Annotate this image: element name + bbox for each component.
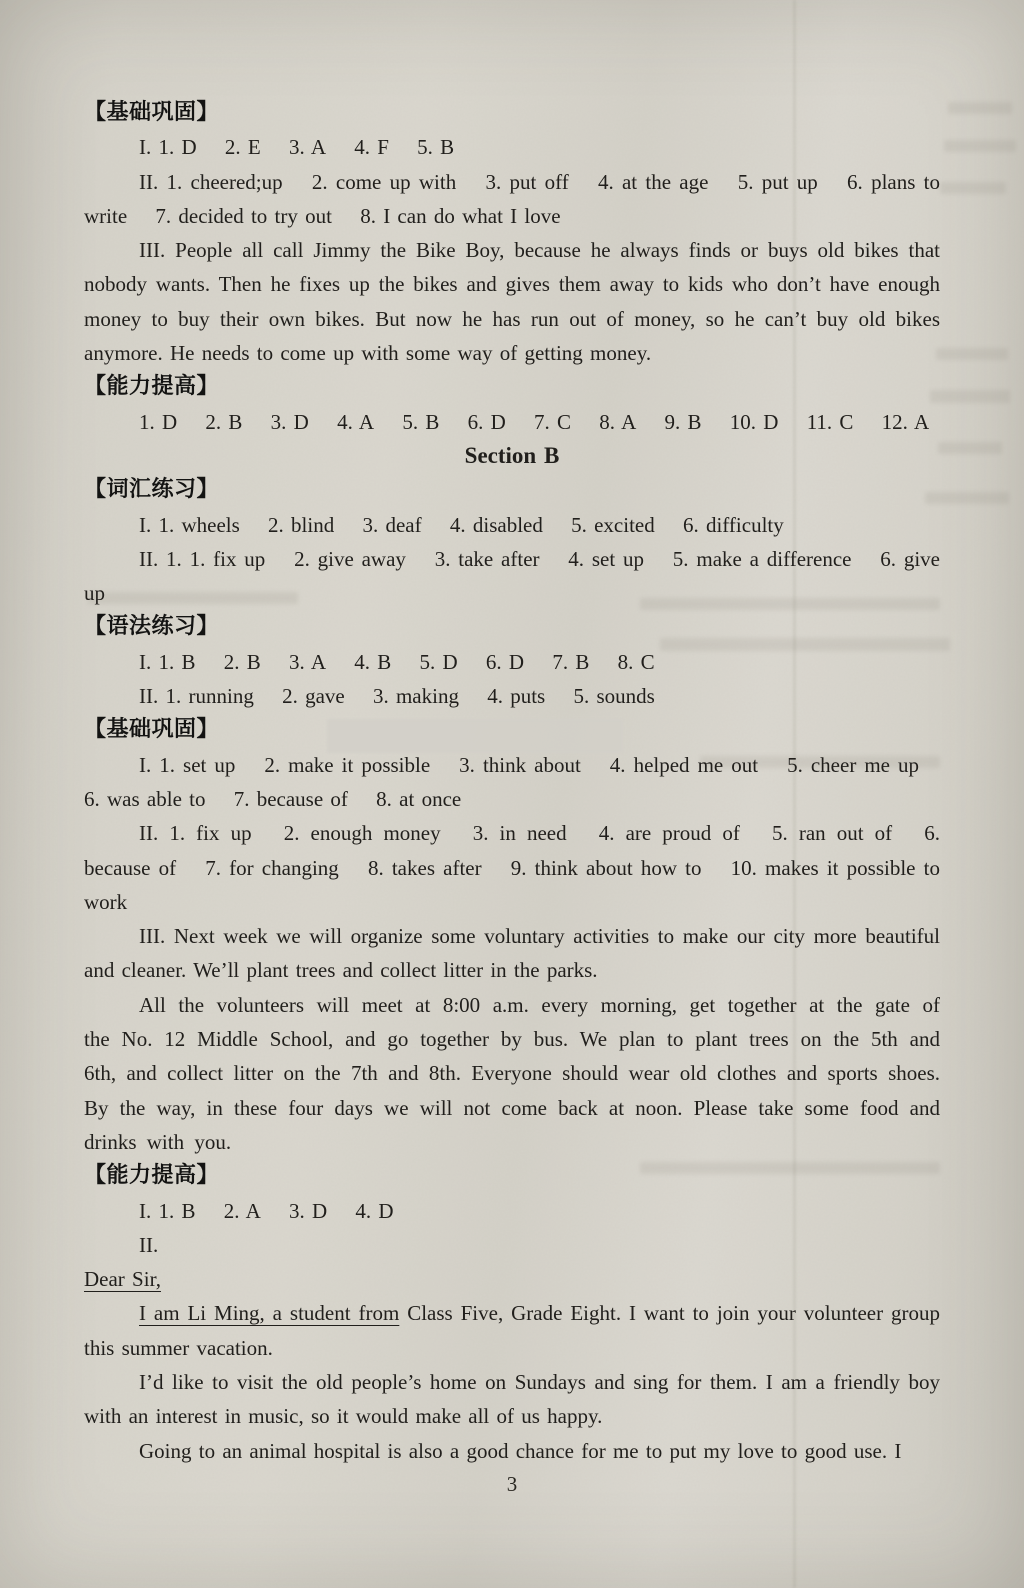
answer-paragraph-vocab-roman2: II. 1. 1. fix up 2. give away 3. take af… <box>84 542 940 611</box>
answer-paragraph-basics2-roman3-p1: III. Next week we will organize some vol… <box>84 919 940 988</box>
answer-line-basics1-roman1: I. 1. D 2. E 3. A 4. F 5. B <box>84 130 940 164</box>
answer-line-ability2-roman1: I. 1. B 2. A 3. D 4. D <box>84 1194 940 1228</box>
answer-paragraph-basics2-roman2: II. 1. fix up 2. enough money 3. in need… <box>84 816 940 919</box>
workbook-answer-page: 【基础巩固】 I. 1. D 2. E 3. A 4. F 5. B II. 1… <box>0 0 1024 1588</box>
answer-label-ability2-roman2: II. <box>84 1228 940 1262</box>
letter-opening-paragraph: I am Li Ming, a student from Class Five,… <box>84 1296 940 1365</box>
answer-line-ability1: 1. D 2. B 3. D 4. A 5. B 6. D 7. C 8. A … <box>84 405 940 439</box>
answer-paragraph-basics2-roman1: I. 1. set up 2. make it possible 3. thin… <box>84 748 940 817</box>
answer-line-grammar-roman1: I. 1. B 2. B 3. A 4. B 5. D 6. D 7. B 8.… <box>84 645 940 679</box>
answer-line-grammar-roman2: II. 1. running 2. gave 3. making 4. puts… <box>84 679 940 713</box>
answer-paragraph-basics2-roman3-p2: All the volunteers will meet at 8:00 a.m… <box>84 988 940 1159</box>
answer-paragraph-basics1-roman3: III. People all call Jimmy the Bike Boy,… <box>84 233 940 370</box>
letter-paragraph-2: I’d like to visit the old people’s home … <box>84 1365 940 1434</box>
section-header-grammar: 【语法练习】 <box>84 610 940 644</box>
page-content: 【基础巩固】 I. 1. D 2. E 3. A 4. F 5. B II. 1… <box>0 0 1024 1468</box>
letter-opening-underlined: I am Li Ming, a student from <box>139 1301 399 1325</box>
section-header-basics-1: 【基础巩固】 <box>84 96 940 130</box>
page-number: 3 <box>0 1472 1024 1497</box>
section-header-basics-2: 【基础巩固】 <box>84 713 940 747</box>
section-b-heading: Section B <box>84 439 940 473</box>
letter-salutation-text: Dear Sir, <box>84 1267 161 1291</box>
letter-salutation: Dear Sir, <box>84 1262 940 1296</box>
section-header-ability-2: 【能力提高】 <box>84 1159 940 1193</box>
letter-paragraph-3: Going to an animal hospital is also a go… <box>84 1434 940 1468</box>
section-header-vocabulary: 【词汇练习】 <box>84 473 940 507</box>
answer-paragraph-basics1-roman2: II. 1. cheered;up 2. come up with 3. put… <box>84 165 940 234</box>
section-header-ability-1: 【能力提高】 <box>84 370 940 404</box>
answer-line-vocab-roman1: I. 1. wheels 2. blind 3. deaf 4. disable… <box>84 508 940 542</box>
